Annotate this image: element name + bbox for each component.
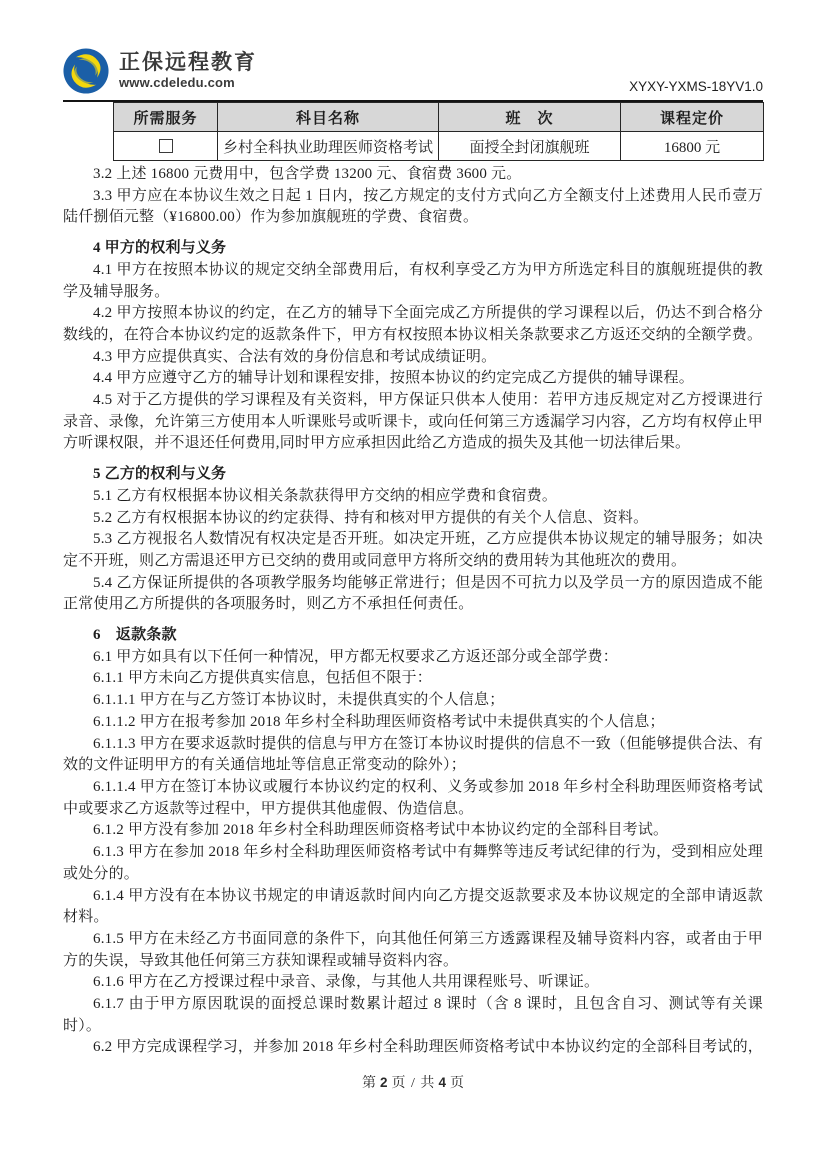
footer-prefix: 第 [362, 1076, 377, 1091]
clause-6-1-1: 6.1.1 甲方未向乙方提供真实信息，包括但不限于： [63, 668, 763, 690]
contract-body: 3.2 上述 16800 元费用中，包含学费 13200 元、食宿费 3600 … [63, 164, 763, 1059]
clause-4-1: 4.1 甲方在按照本协议的规定交纳全部费用后，有权利享受乙方为甲方所选定科目的旗… [63, 260, 763, 303]
section-6-heading: 6 返款条款 [63, 625, 763, 647]
service-checkbox[interactable] [159, 139, 173, 153]
clause-4-5: 4.5 对于乙方提供的学习课程及有关资料，甲方保证只供本人使用：若甲方违反规定对… [63, 390, 763, 455]
page-footer: 第2页 / 共4页 [0, 1072, 827, 1092]
column-header-price: 课程定价 [621, 103, 764, 132]
subject-cell: 乡村全科执业助理医师资格考试 [218, 132, 439, 161]
fee-table-header-row: 所需服务 科目名称 班 次 课程定价 [114, 103, 764, 132]
brand-logo-icon [63, 48, 109, 94]
fee-table-row: 乡村全科执业助理医师资格考试 面授全封闭旗舰班 16800 元 [114, 132, 764, 161]
footer-suffix: 页 [450, 1076, 465, 1091]
clause-6-1-2: 6.1.2 甲方没有参加 2018 年乡村全科助理医师资格考试中本协议约定的全部… [63, 820, 763, 842]
current-page-number: 2 [377, 1075, 392, 1090]
price-cell: 16800 元 [621, 132, 764, 161]
service-cell [114, 132, 218, 161]
brand-logo-block: 正保远程教育 www.cdeledu.com [63, 48, 257, 94]
clause-4-4: 4.4 甲方应遵守乙方的辅导计划和课程安排，按照本协议的约定完成乙方提供的辅导课… [63, 368, 763, 390]
clause-6-1-1-3: 6.1.1.3 甲方在要求返款时提供的信息与甲方在签订本协议时提供的信息不一致（… [63, 734, 763, 777]
clause-3-2: 3.2 上述 16800 元费用中，包含学费 13200 元、食宿费 3600 … [63, 164, 763, 186]
clause-6-1-7: 6.1.7 由于甲方原因耽误的面授总课时数累计超过 8 课时（含 8 课时，且包… [63, 994, 763, 1037]
clause-5-4: 5.4 乙方保证所提供的各项教学服务均能够正常进行；但是因不可抗力以及学员一方的… [63, 573, 763, 616]
brand-text-block: 正保远程教育 www.cdeledu.com [119, 51, 257, 91]
clause-3-3: 3.3 甲方应在本协议生效之日起 1 日内，按乙方规定的支付方式向乙方全额支付上… [63, 186, 763, 229]
clause-6-1-5: 6.1.5 甲方在未经乙方书面同意的条件下，向其他任何第三方透露课程及辅导资料内… [63, 929, 763, 972]
clause-6-1-4: 6.1.4 甲方没有在本协议书规定的申请返款时间内向乙方提交返款要求及本协议规定… [63, 886, 763, 929]
brand-name: 正保远程教育 [119, 51, 257, 75]
column-header-service: 所需服务 [114, 103, 218, 132]
clause-4-3: 4.3 甲方应提供真实、合法有效的身份信息和考试成绩证明。 [63, 347, 763, 369]
clause-6-1-1-2: 6.1.1.2 甲方在报考参加 2018 年乡村全科助理医师资格考试中未提供真实… [63, 712, 763, 734]
clause-5-1: 5.1 乙方有权根据本协议相关条款获得甲方交纳的相应学费和食宿费。 [63, 486, 763, 508]
column-header-class: 班 次 [439, 103, 621, 132]
clause-6-1-6: 6.1.6 甲方在乙方授课过程中录音、录像，与其他人共用课程账号、听课证。 [63, 972, 763, 994]
footer-middle: 页 / 共 [392, 1076, 436, 1091]
brand-url: www.cdeledu.com [119, 75, 257, 91]
clause-6-1-3: 6.1.3 甲方在参加 2018 年乡村全科助理医师资格考试中有舞弊等违反考试纪… [63, 842, 763, 885]
column-header-subject: 科目名称 [218, 103, 439, 132]
fee-table: 所需服务 科目名称 班 次 课程定价 乡村全科执业助理医师资格考试 面授全封闭旗… [113, 102, 764, 161]
total-page-number: 4 [435, 1075, 450, 1090]
class-cell: 面授全封闭旗舰班 [439, 132, 621, 161]
document-page: 正保远程教育 www.cdeledu.com XYXY-YXMS-18YV1.0… [0, 0, 827, 1169]
section-5-heading: 5 乙方的权利与义务 [63, 464, 763, 486]
clause-4-2: 4.2 甲方按照本协议的约定，在乙方的辅导下全面完成乙方所提供的学习课程以后，仍… [63, 303, 763, 346]
clause-6-2: 6.2 甲方完成课程学习，并参加 2018 年乡村全科助理医师资格考试中本协议约… [63, 1037, 763, 1059]
clause-6-1: 6.1 甲方如具有以下任何一种情况，甲方都无权要求乙方返还部分或全部学费： [63, 647, 763, 669]
document-code: XYXY-YXMS-18YV1.0 [629, 79, 763, 94]
clause-6-1-1-1: 6.1.1.1 甲方在与乙方签订本协议时，未提供真实的个人信息； [63, 690, 763, 712]
clause-6-1-1-4: 6.1.1.4 甲方在签订本协议或履行本协议约定的权利、义务或参加 2018 年… [63, 777, 763, 820]
page-header: 正保远程教育 www.cdeledu.com XYXY-YXMS-18YV1.0 [0, 0, 827, 100]
section-4-heading: 4 甲方的权利与义务 [63, 238, 763, 260]
clause-5-3: 5.3 乙方视报名人数情况有权决定是否开班。如决定开班，乙方应提供本协议规定的辅… [63, 529, 763, 572]
clause-5-2: 5.2 乙方有权根据本协议的约定获得、持有和核对甲方提供的有关个人信息、资料。 [63, 508, 763, 530]
